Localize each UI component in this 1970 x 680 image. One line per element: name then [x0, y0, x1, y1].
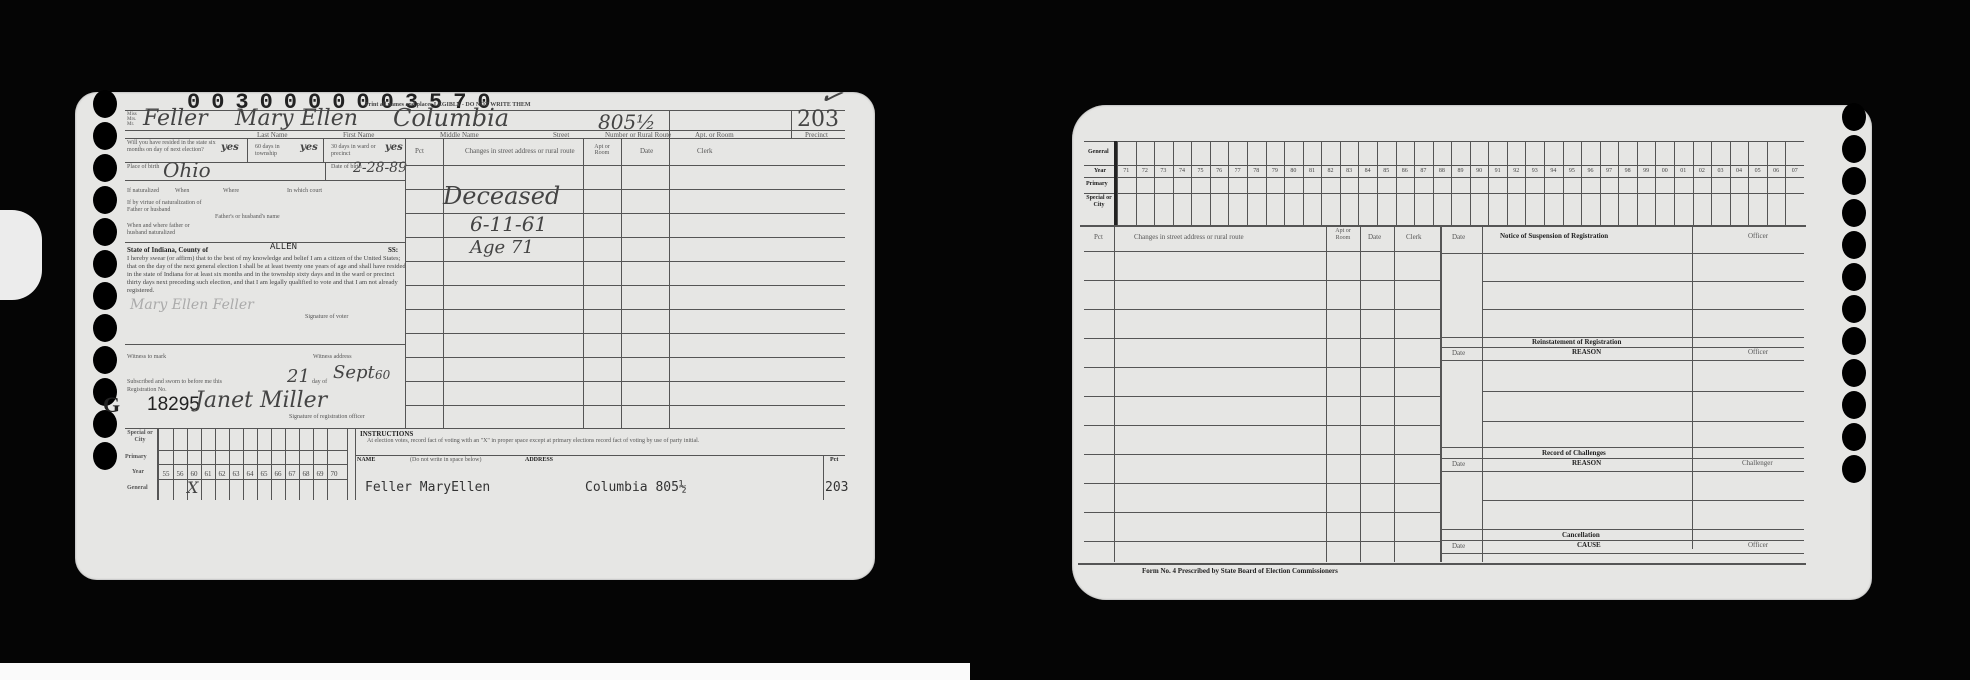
- rule: [1482, 281, 1804, 282]
- rule: [125, 180, 405, 181]
- punch-hole: [1842, 391, 1866, 419]
- year-cell: 88: [1433, 168, 1452, 174]
- rule: [1117, 141, 1118, 225]
- year-cell: 68: [299, 470, 313, 478]
- year-cell: 69: [313, 470, 327, 478]
- rule: [1414, 141, 1415, 225]
- typed-name: Feller MaryEllen: [365, 480, 490, 495]
- rule: [1247, 141, 1248, 225]
- note-deceased: Deceased: [443, 182, 560, 210]
- rule: [1440, 227, 1442, 562]
- rule: [1482, 227, 1483, 562]
- rule: [405, 405, 845, 406]
- year-cell: 65: [257, 470, 271, 478]
- year-cell: 75: [1191, 168, 1210, 174]
- year-cell: 71: [1117, 168, 1136, 174]
- rule: [125, 130, 845, 131]
- punch-hole: [93, 282, 117, 310]
- punch-hole: [1842, 231, 1866, 259]
- rule: [1482, 309, 1804, 310]
- answer-state: yes: [221, 142, 239, 153]
- grid-row-general: General: [127, 485, 148, 491]
- back-col-date: Date: [1368, 233, 1381, 241]
- cancellation-title: Cancellation: [1562, 531, 1600, 539]
- instructions-title: INSTRUCTIONS: [360, 430, 413, 438]
- suspension-title: Notice of Suspension of Registration: [1500, 232, 1608, 240]
- rule: [1396, 141, 1397, 225]
- col-header-date: Date: [640, 147, 653, 155]
- registration-card-front: 0030000003570 Print all names and places…: [75, 92, 875, 580]
- rule: [1084, 454, 1440, 455]
- prefix-mr: Mr.: [127, 122, 137, 127]
- rule: [1600, 141, 1601, 225]
- year-cell: 79: [1266, 168, 1285, 174]
- rule: [257, 428, 258, 500]
- rule: [1563, 141, 1564, 225]
- back-col-changes: Changes in street address or rural route: [1134, 233, 1244, 241]
- rule: [1084, 396, 1440, 397]
- label-court: In which court: [287, 188, 322, 194]
- rule: [215, 428, 216, 500]
- punch-hole: [1842, 423, 1866, 451]
- rule: [583, 138, 584, 428]
- punch-hole: [93, 122, 117, 150]
- rule: [243, 428, 244, 500]
- rule: [1377, 141, 1378, 225]
- footer-label-pct: Pct: [830, 457, 838, 463]
- rule: [1228, 141, 1229, 225]
- year-cell: 73: [1154, 168, 1173, 174]
- instructions-text: At election votes, record fact of voting…: [367, 438, 837, 445]
- reinstatement-reason-label: REASON: [1572, 348, 1601, 356]
- back-col-pct: Pct: [1094, 233, 1103, 241]
- rule: [1084, 367, 1440, 368]
- rule: [1340, 141, 1341, 225]
- label-signature-officer: Signature of registration officer: [289, 414, 365, 420]
- year-cell: 83: [1340, 168, 1359, 174]
- year-cell: 94: [1544, 168, 1563, 174]
- rule: [1674, 141, 1675, 225]
- rule: [271, 428, 272, 500]
- rule: [1711, 141, 1712, 225]
- rule: [355, 428, 356, 500]
- cancellation-officer-label: Officer: [1748, 541, 1768, 549]
- label-residence-township: 60 days in township: [255, 144, 300, 158]
- year-cell: 78: [1247, 168, 1266, 174]
- back-col-clerk: Clerk: [1406, 233, 1422, 241]
- rule: [405, 357, 845, 358]
- answer-ward: yes: [385, 142, 403, 153]
- county-value: ALLEN: [270, 242, 297, 252]
- rule: [157, 450, 347, 451]
- year-cell: 86: [1396, 168, 1415, 174]
- suspension-date-label: Date: [1452, 233, 1465, 241]
- rule: [313, 428, 314, 500]
- label-naturalized: If naturalized: [127, 188, 159, 194]
- first-middle-value: Mary Ellen: [235, 106, 358, 131]
- note-date: 6-11-61: [470, 212, 547, 236]
- rule: [201, 428, 202, 500]
- rule: [823, 455, 824, 500]
- year-cell: 81: [1303, 168, 1322, 174]
- rule: [1173, 141, 1174, 225]
- year-cell: 05: [1748, 168, 1767, 174]
- rule: [347, 428, 348, 500]
- rule: [1507, 141, 1508, 225]
- punch-hole: [93, 442, 117, 470]
- rule: [405, 285, 845, 286]
- year-cell: 84: [1358, 168, 1377, 174]
- reinstatement-date-label: Date: [1452, 349, 1465, 357]
- col-header-clerk: Clerk: [697, 147, 713, 155]
- punch-hole: [93, 90, 117, 118]
- year-cell: 87: [1414, 168, 1433, 174]
- reinstatement-officer-label: Officer: [1748, 348, 1768, 356]
- rule: [1637, 141, 1638, 225]
- year-cell: 61: [201, 470, 215, 478]
- state-county-line: State of Indiana, County of: [127, 246, 208, 254]
- rule: [1303, 141, 1304, 225]
- footer-label-name: NAME: [357, 457, 375, 463]
- rule: [157, 479, 347, 480]
- year-cell: 70: [327, 470, 341, 478]
- punch-hole: [93, 346, 117, 374]
- rule: [229, 428, 230, 500]
- rule: [1470, 141, 1471, 225]
- year-cell: 93: [1525, 168, 1544, 174]
- year-cell: 03: [1711, 168, 1730, 174]
- rule: [1078, 563, 1806, 565]
- year-cell: 63: [229, 470, 243, 478]
- label-place-of-birth: Place of birth: [127, 164, 159, 170]
- year-cell: 82: [1321, 168, 1340, 174]
- year-cell: 92: [1507, 168, 1526, 174]
- year-cell: 95: [1563, 168, 1582, 174]
- rule: [299, 428, 300, 500]
- rule: [1442, 529, 1804, 530]
- label-registration-no: Registration No.: [127, 387, 167, 393]
- rule: [173, 428, 174, 500]
- rule: [1442, 337, 1804, 338]
- rule: [285, 428, 286, 500]
- rule: [1730, 141, 1731, 225]
- year-cell: 00: [1655, 168, 1674, 174]
- punch-hole: [1842, 295, 1866, 323]
- year-cell: 55: [159, 470, 173, 478]
- grid-row-year: Year: [132, 469, 144, 475]
- rule: [1084, 338, 1440, 339]
- registration-number: 18295: [147, 394, 200, 416]
- rule: [1084, 425, 1440, 426]
- rule: [1154, 141, 1155, 225]
- punch-hole: [93, 250, 117, 278]
- label-witness-address: Witness address: [313, 354, 352, 360]
- punch-hole: [1842, 263, 1866, 291]
- year-cell: 64: [243, 470, 257, 478]
- year-cell: 74: [1173, 168, 1192, 174]
- footer-label-note: (Do not write in space below): [410, 457, 481, 463]
- note-age: Age 71: [470, 237, 534, 258]
- rule: [325, 162, 326, 180]
- label-father-husband: If by virtue of naturalization of Father…: [127, 200, 202, 214]
- year-cell: 80: [1284, 168, 1303, 174]
- reinstatement-title: Reinstatement of Registration: [1532, 338, 1621, 346]
- rule: [405, 138, 406, 428]
- last-name-value: Feller: [143, 106, 208, 131]
- label-when: When: [175, 188, 189, 194]
- punch-hole: [1842, 167, 1866, 195]
- label-where: Where: [223, 188, 239, 194]
- label-witness-mark: Witness to mark: [127, 354, 166, 360]
- col-header-apt: Apt or Room: [587, 144, 617, 156]
- rule: [621, 138, 622, 428]
- street-value: Columbia: [393, 104, 509, 132]
- rule: [1358, 141, 1359, 225]
- year-cell: 91: [1488, 168, 1507, 174]
- year-cell: 77: [1228, 168, 1247, 174]
- punch-hole: [93, 154, 117, 182]
- year-cell: 01: [1674, 168, 1693, 174]
- sworn-year-value: 60: [375, 368, 390, 382]
- year-cell: 06: [1767, 168, 1786, 174]
- rule: [125, 138, 845, 139]
- label-residence-ward: 30 days in ward or precinct: [331, 144, 391, 158]
- rule: [1618, 141, 1619, 225]
- year-cell: 07: [1785, 168, 1804, 174]
- year-cell: 97: [1600, 168, 1619, 174]
- rule: [405, 381, 845, 382]
- back-grid-row-primary: Primary: [1086, 181, 1108, 187]
- year-cell: 67: [285, 470, 299, 478]
- precinct-value: 203: [797, 107, 839, 132]
- typed-pct: 203: [825, 480, 848, 495]
- grid-row-primary: Primary: [125, 454, 147, 460]
- punch-hole: [1842, 135, 1866, 163]
- voter-signature: Mary Ellen Feller: [130, 297, 254, 313]
- rule: [405, 333, 845, 334]
- year-cell: 89: [1451, 168, 1470, 174]
- rule: [1581, 141, 1582, 225]
- ss-label: SS:: [388, 246, 398, 254]
- registration-letter: G: [103, 392, 120, 418]
- cancellation-date-label: Date: [1452, 542, 1465, 550]
- rule: [1655, 141, 1656, 225]
- rule: [1767, 141, 1768, 225]
- year-cell: 76: [1210, 168, 1229, 174]
- scan-edge-band: [0, 663, 970, 680]
- punch-hole: [93, 186, 117, 214]
- col-header-pct: Pct: [415, 147, 424, 155]
- rule: [1084, 512, 1440, 513]
- label-signature-voter: Signature of voter: [305, 314, 348, 320]
- year-cell: 98: [1618, 168, 1637, 174]
- rule: [323, 138, 324, 162]
- sworn-day-value: 21: [287, 366, 310, 387]
- punch-hole: [1842, 199, 1866, 227]
- back-grid-row-year: Year: [1094, 168, 1106, 174]
- rule: [1266, 141, 1267, 225]
- rule: [1488, 141, 1489, 225]
- punch-hole: [93, 314, 117, 342]
- grid-row-special: Special or City: [127, 430, 153, 444]
- officer-signature: Janet Miller: [195, 388, 327, 413]
- label-when-where-father: When and where father or husband natural…: [127, 223, 207, 237]
- rule: [1482, 421, 1804, 422]
- rule: [1321, 141, 1322, 225]
- rule: [1084, 251, 1440, 252]
- year-cell: 99: [1637, 168, 1656, 174]
- oath-text: I hereby swear (or affirm) that to the b…: [127, 255, 407, 295]
- punch-hole: [1842, 359, 1866, 387]
- rule: [1442, 447, 1804, 448]
- title-prefix: Miss Mrs. Mr.: [127, 112, 137, 127]
- rule: [327, 428, 328, 500]
- general-vote-mark-60: X: [187, 478, 198, 497]
- footer-label-address: ADDRESS: [525, 457, 553, 463]
- answer-township: yes: [300, 142, 318, 153]
- rule: [405, 309, 845, 310]
- rule: [1191, 141, 1192, 225]
- punch-hole: [1842, 103, 1866, 131]
- cancellation-cause-label: CAUSE: [1577, 541, 1601, 549]
- year-cell: 62: [215, 470, 229, 478]
- year-cell: 90: [1470, 168, 1489, 174]
- suspension-officer-label: Officer: [1748, 232, 1768, 240]
- back-grid-row-special: Special or City: [1086, 195, 1112, 209]
- rule: [1084, 309, 1440, 310]
- year-cell: 60: [187, 470, 201, 478]
- punch-hole: [93, 218, 117, 246]
- place-of-birth-value: Ohio: [163, 158, 211, 182]
- rule: [1693, 141, 1694, 225]
- year-cell: 04: [1730, 168, 1749, 174]
- rule: [1084, 483, 1440, 484]
- rule: [1451, 141, 1452, 225]
- challenges-reason-label: REASON: [1572, 459, 1601, 467]
- back-col-apt: Apt or Room: [1328, 228, 1358, 242]
- rule: [125, 428, 845, 429]
- rule: [1084, 541, 1440, 542]
- punch-hole: [1842, 327, 1866, 355]
- registration-card-back: General Year Primary Special or City 717…: [1072, 105, 1872, 600]
- rule: [1442, 471, 1804, 472]
- challenges-date-label: Date: [1452, 460, 1465, 468]
- year-cell: 96: [1581, 168, 1600, 174]
- typed-address: Columbia 805½: [585, 480, 687, 495]
- punch-hole: [1842, 455, 1866, 483]
- rule: [1442, 253, 1804, 254]
- rule: [157, 464, 347, 465]
- label-day-of: day of: [312, 379, 327, 385]
- year-cell: 72: [1136, 168, 1155, 174]
- rule: [125, 242, 405, 243]
- rule: [1080, 225, 1806, 227]
- scan-artifact: [0, 210, 42, 300]
- rule: [1442, 553, 1804, 554]
- year-cell: 56: [173, 470, 187, 478]
- rule: [405, 261, 845, 262]
- sworn-month-value: Sept: [333, 362, 375, 383]
- rule: [669, 138, 670, 428]
- rule: [355, 455, 845, 456]
- challenges-title: Record of Challenges: [1542, 449, 1606, 457]
- challenges-challenger-label: Challenger: [1742, 459, 1773, 467]
- rule: [1210, 141, 1211, 225]
- rule: [1544, 141, 1545, 225]
- rule: [1433, 141, 1434, 225]
- rule: [1084, 280, 1440, 281]
- year-cell: 02: [1693, 168, 1712, 174]
- rule: [1785, 141, 1786, 225]
- rule: [1482, 500, 1804, 501]
- rule: [125, 344, 405, 345]
- year-cell: 66: [271, 470, 285, 478]
- rule: [1482, 391, 1804, 392]
- rule: [1136, 141, 1137, 225]
- rule: [405, 165, 845, 166]
- label-father-husband-name: Father's or husband's name: [215, 214, 280, 220]
- label-subscribed: Subscribed and sworn to before me this: [127, 379, 222, 385]
- date-of-birth-value: 2-28-89: [353, 160, 407, 176]
- year-cell: 85: [1377, 168, 1396, 174]
- label-residence-state: Will you have resided in the state six m…: [127, 140, 222, 154]
- rule: [1284, 141, 1285, 225]
- rule: [1748, 141, 1749, 225]
- rule: [791, 110, 792, 138]
- col-header-changes: Changes in street address or rural route: [465, 147, 575, 155]
- back-grid-row-general: General: [1088, 149, 1109, 155]
- rule: [1525, 141, 1526, 225]
- rule: [247, 138, 248, 162]
- form-footer: Form No. 4 Prescribed by State Board of …: [1142, 567, 1338, 575]
- rule: [1442, 360, 1804, 361]
